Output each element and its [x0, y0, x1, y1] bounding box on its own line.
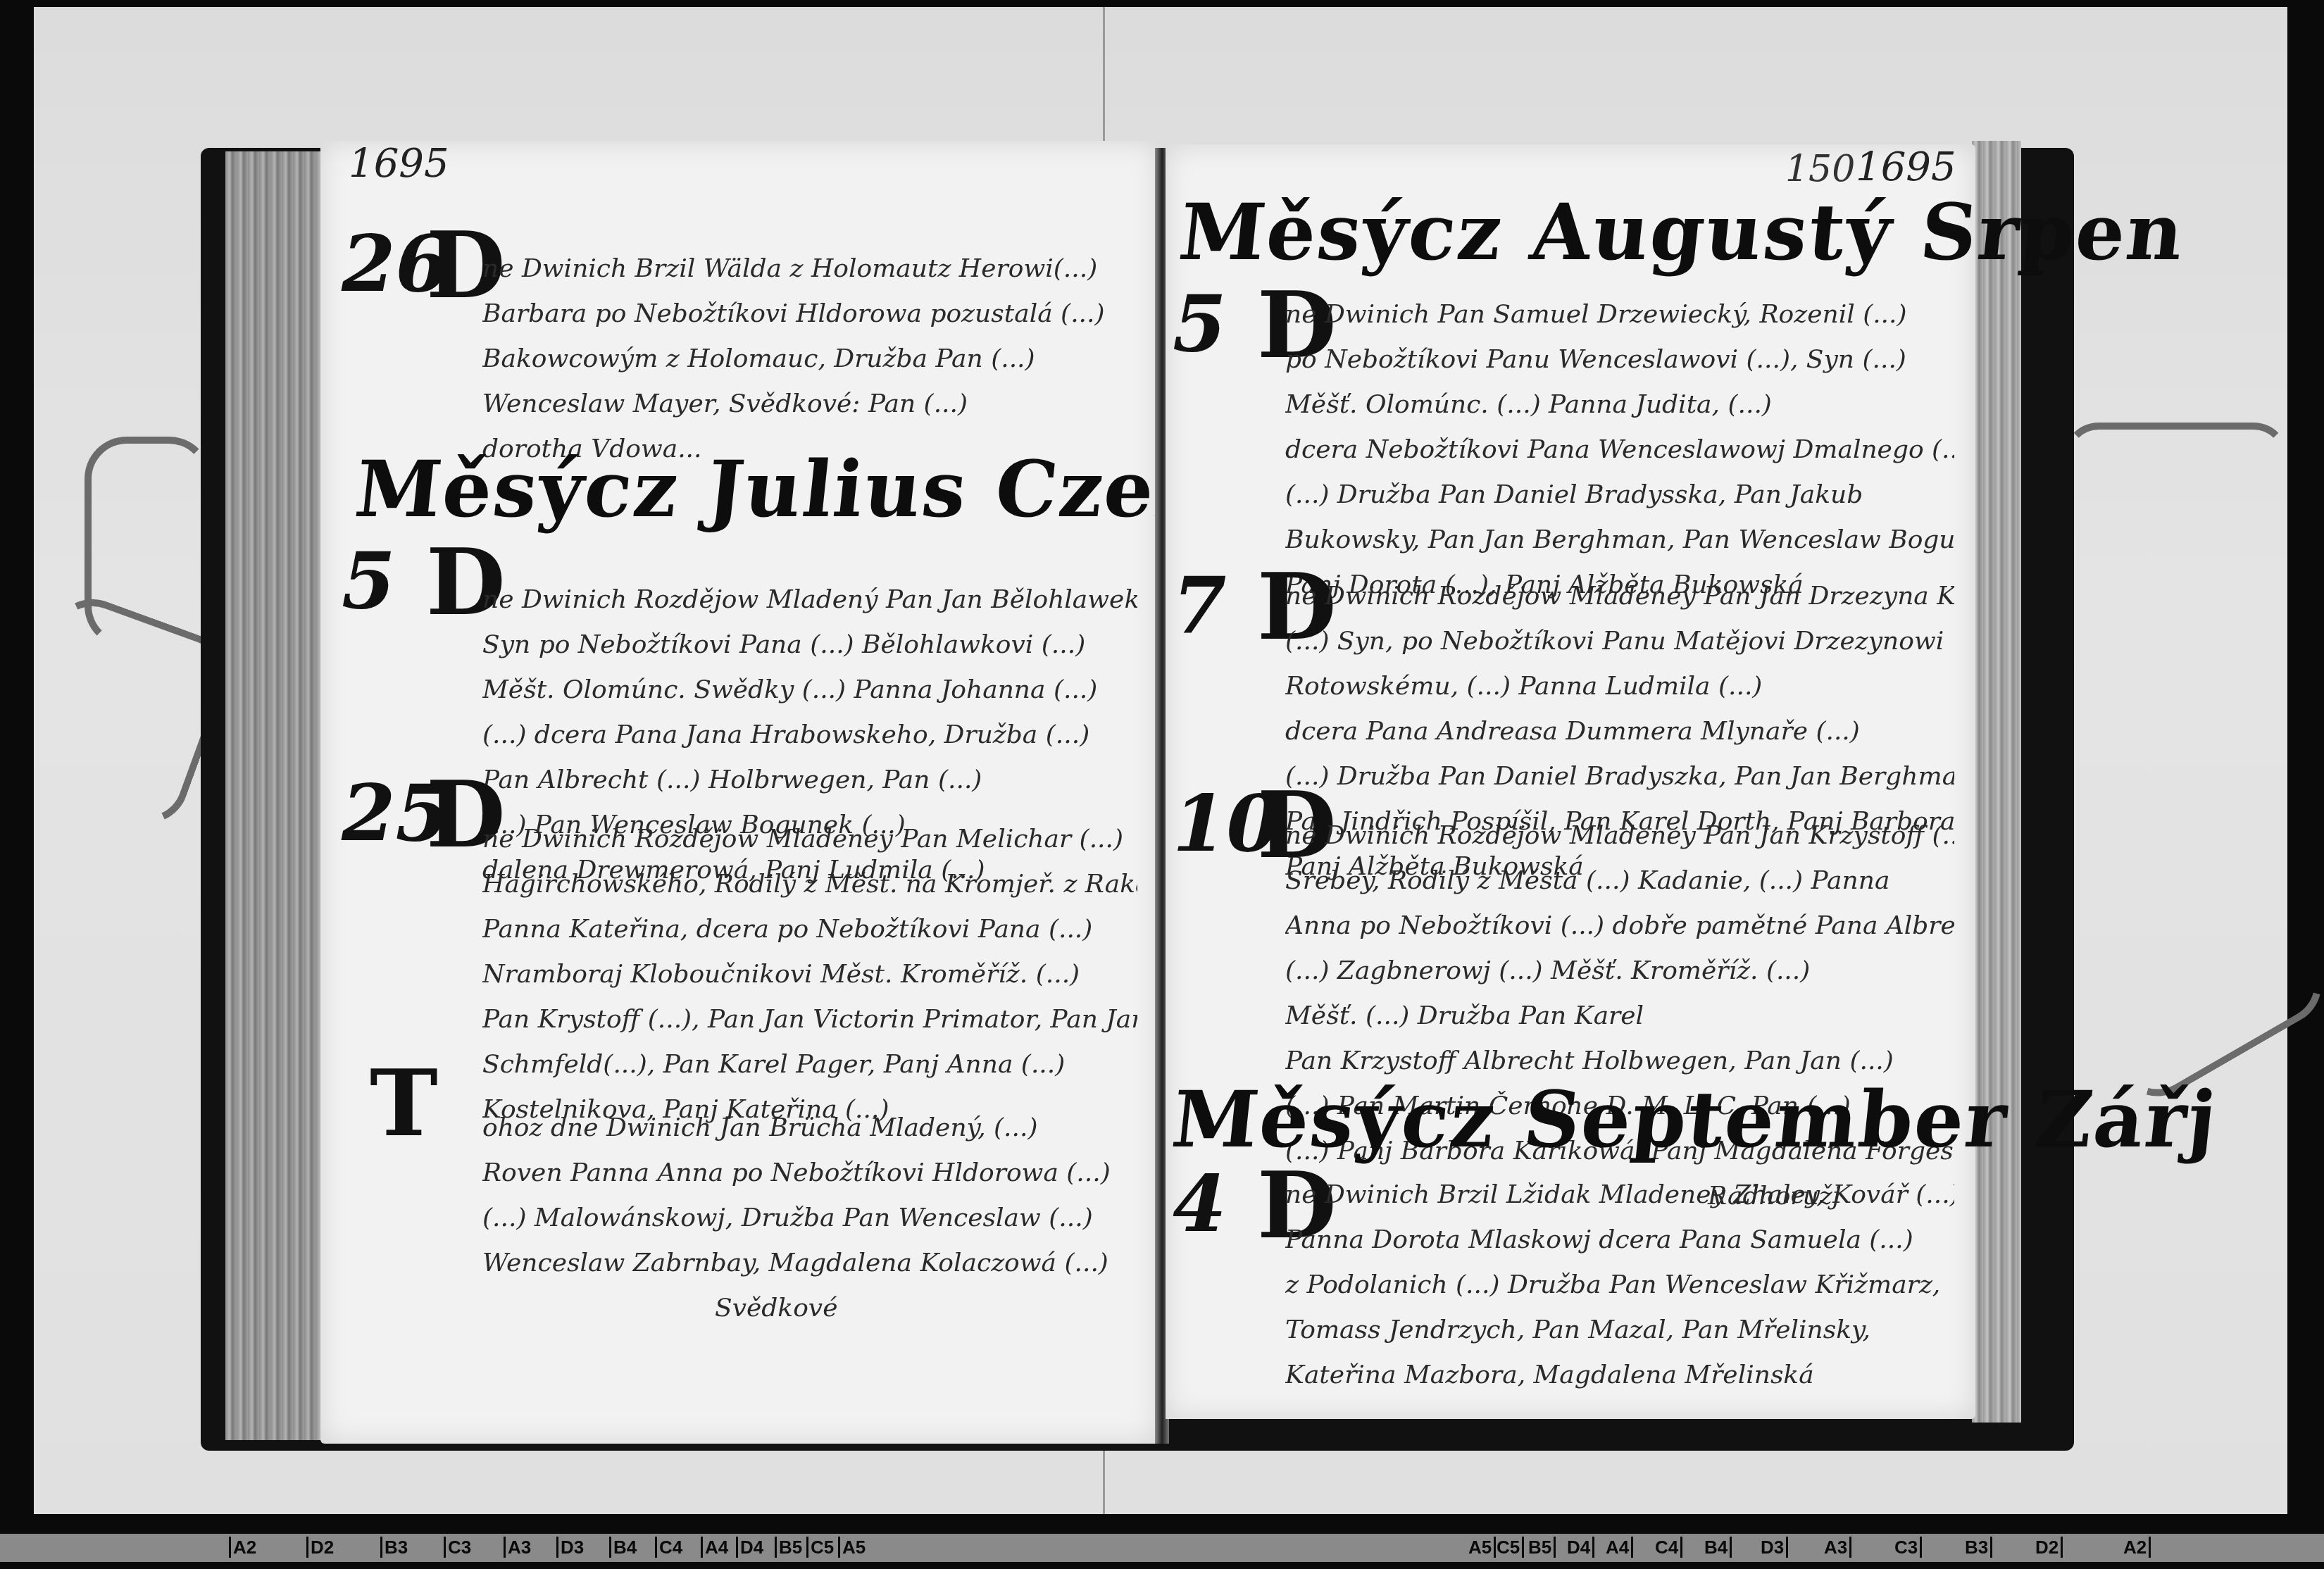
target-label: A5	[1468, 1537, 1496, 1558]
entry-day: 7	[1173, 560, 1227, 651]
target-label: C3	[444, 1537, 471, 1558]
entry-text: ne Dwinich Brzil Lžidak Mladeney Zhaley,…	[1285, 1173, 1954, 1398]
target-label: C5	[1497, 1537, 1524, 1558]
entry-text: ohoz dne Dwinich Jan Brücha Mladený, (..…	[482, 1106, 1137, 1331]
page-edges-left	[225, 151, 324, 1440]
target-label: D3	[1761, 1537, 1788, 1558]
target-label: D4	[1567, 1537, 1594, 1558]
binding-cord-right-upper	[2063, 423, 2289, 493]
target-label: A2	[2123, 1537, 2151, 1558]
target-label: A4	[701, 1537, 728, 1558]
target-label: B3	[1965, 1537, 1992, 1558]
target-label: B4	[1704, 1537, 1732, 1558]
page-edges-right	[1972, 141, 2021, 1423]
target-label: D2	[2035, 1537, 2063, 1558]
target-label: A2	[229, 1537, 256, 1558]
month-heading-august: Měsýcz Augustý Srpen	[1175, 187, 2189, 277]
target-label: B5	[775, 1537, 802, 1558]
entry-day: 5	[1173, 278, 1227, 369]
target-label: D2	[306, 1537, 334, 1558]
target-label: C4	[655, 1537, 682, 1558]
target-label: B5	[1528, 1537, 1556, 1558]
target-label: C5	[806, 1537, 834, 1558]
target-label: C4	[1655, 1537, 1682, 1558]
entry-initial: T	[370, 1049, 438, 1157]
target-label: B4	[609, 1537, 637, 1558]
year-mark: 1695	[1856, 144, 1956, 190]
entry-day: 4	[1173, 1158, 1227, 1249]
year-mark: 1695	[349, 141, 449, 187]
target-label: C3	[1894, 1537, 1922, 1558]
target-label: A5	[838, 1537, 866, 1558]
right-page: 150 1695 Měsýcz Augustý Srpen 5 D ne Dwi…	[1166, 144, 1975, 1419]
left-page: 1695 26 D ne Dwinich Brzil Wälda z Holom…	[320, 141, 1158, 1444]
marriage-entry: 25 D ne Dwinich Rozdějow Mladeney Pan Me…	[342, 768, 1144, 1084]
target-label: D3	[556, 1537, 584, 1558]
entry-text: ne Dwinich Brzil Wälda z Holomautz Herow…	[482, 246, 1137, 472]
entry-day: 5	[342, 535, 396, 626]
marriage-entry: 4 D ne Dwinich Brzil Lžidak Mladeney Zha…	[1173, 1158, 1961, 1405]
target-label: B3	[380, 1537, 408, 1558]
target-label: A3	[504, 1537, 531, 1558]
marriage-entry: T ohoz dne Dwinich Jan Brücha Mladený, (…	[342, 1056, 1144, 1373]
target-label: A4	[1606, 1537, 1633, 1558]
target-label: D4	[736, 1537, 763, 1558]
folio-number: 150	[1785, 148, 1855, 190]
target-label: A3	[1824, 1537, 1851, 1558]
